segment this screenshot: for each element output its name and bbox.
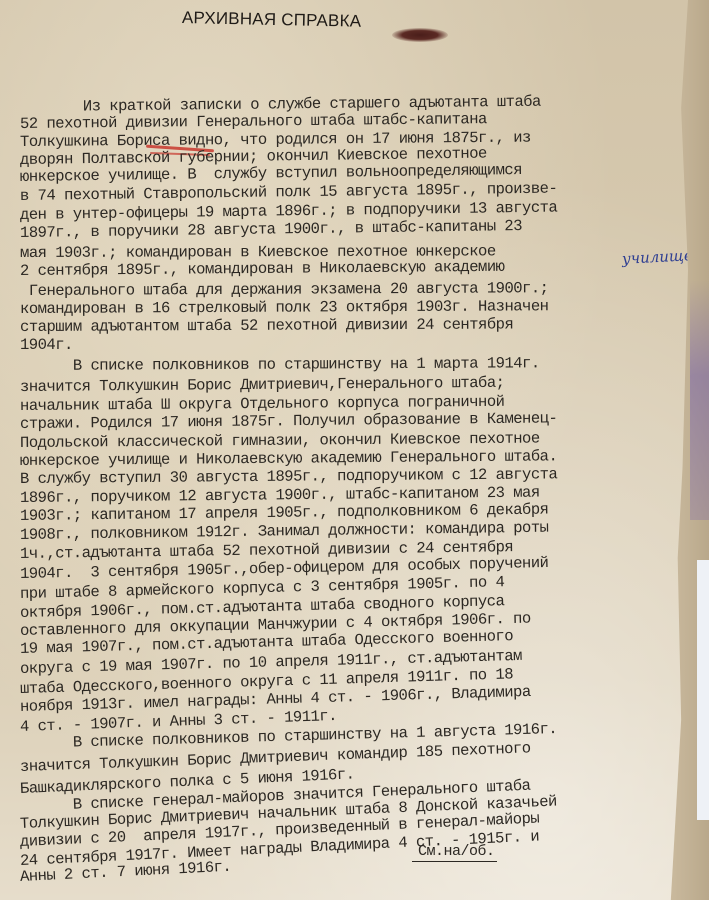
- archival-document-page: АРХИВНАЯ СПРАВКА Из краткой записки о сл…: [0, 0, 688, 900]
- ink-smudge: [392, 28, 448, 42]
- document-title: АРХИВНАЯ СПРАВКА: [182, 8, 362, 32]
- typed-line: 2 сентября 1895г., командирован в Никола…: [20, 258, 505, 280]
- typed-line: старшим адъютантом штаба 52 пехотной див…: [20, 315, 513, 336]
- typed-line: В списке полковников по старшинству на 1…: [20, 354, 540, 375]
- underlying-white-strip: [697, 560, 709, 820]
- see-reverse-note: См.на/об.: [412, 843, 497, 862]
- handwritten-insert: училище: [622, 246, 694, 268]
- typed-line: 1904г.: [20, 336, 73, 354]
- underlying-ink-stain: [690, 280, 709, 520]
